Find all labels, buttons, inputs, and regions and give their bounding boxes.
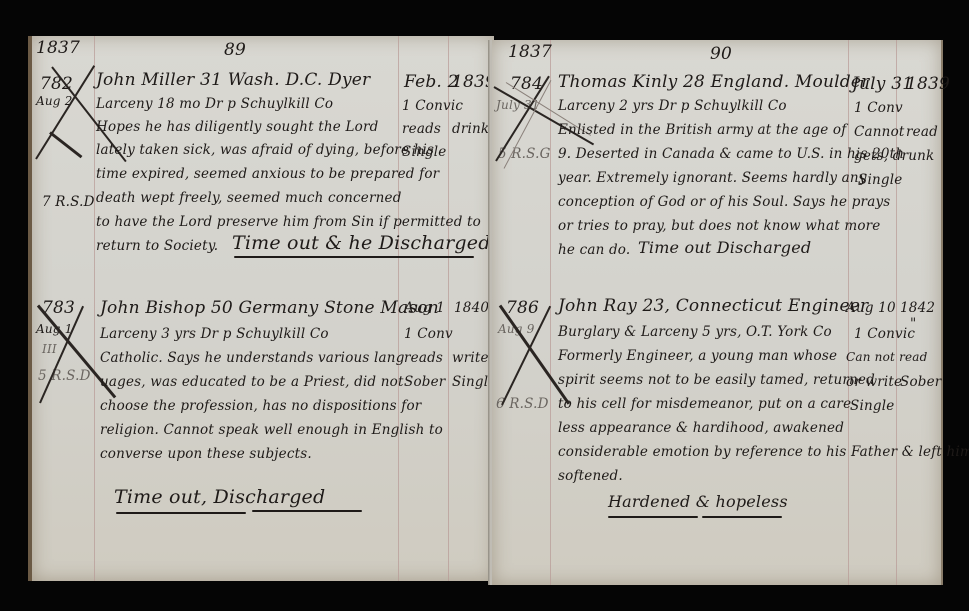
remark-line: or tries to pray, but does not know what… bbox=[558, 218, 881, 234]
remark-line: converse upon these subjects. bbox=[100, 446, 312, 462]
discharge-date: Aug 10 bbox=[846, 300, 896, 316]
crime-line: Larceny 3 yrs Dr p Schuylkill Co bbox=[100, 326, 329, 342]
margin-note: 7 R.S.D bbox=[42, 194, 95, 210]
page-year: 1837 bbox=[36, 38, 80, 58]
margin-note: 5 R.S.D bbox=[38, 368, 91, 384]
closing-note: Time out, Discharged bbox=[114, 486, 325, 508]
entry-number: 786 bbox=[506, 298, 539, 318]
underline bbox=[608, 516, 698, 518]
closing-note: Time out & he Discharged. bbox=[232, 232, 497, 254]
column-note: 1 Convic bbox=[854, 326, 915, 342]
underline bbox=[702, 516, 782, 518]
closing-note: Hardened & hopeless bbox=[608, 492, 788, 511]
column-note: Single bbox=[850, 398, 894, 414]
remark-line: 9. Deserted in Canada & came to U.S. in … bbox=[558, 146, 904, 162]
inmate-name-line: John Bishop 50 Germany Stone Mason bbox=[100, 298, 439, 318]
remark-line: conception of God or of his Soul. Says h… bbox=[558, 194, 890, 210]
ledger-left-page: 1837 89 782 Aug 2 7 R.S.D John Miller 31… bbox=[28, 36, 494, 581]
remark-line: religion. Cannot speak well enough in En… bbox=[100, 422, 443, 438]
column-note: or write bbox=[846, 374, 902, 390]
remark-line: he can do. bbox=[558, 242, 630, 258]
remark-line: to have the Lord preserve him from Sin i… bbox=[96, 214, 481, 230]
column-note: reads bbox=[404, 350, 443, 366]
column-note: Single bbox=[858, 172, 902, 188]
margin-note: 5 R.S.G bbox=[498, 146, 551, 162]
column-note: Single bbox=[402, 144, 446, 160]
remark-line: choose the profession, has no dispositio… bbox=[100, 398, 421, 414]
column-note: 1 Convic bbox=[402, 98, 463, 114]
remark-line: time expired, seemed anxious to be prepa… bbox=[96, 166, 439, 182]
column-note: Can not read bbox=[846, 350, 928, 364]
remark-line: lately taken sick, was afraid of dying, … bbox=[96, 142, 434, 158]
discharge-year: 1840 bbox=[454, 300, 489, 316]
discharge-year: 1839 bbox=[906, 74, 950, 94]
column-note: gets, drunk bbox=[854, 148, 934, 164]
column-note: Sober bbox=[900, 374, 941, 390]
margin-mark: III bbox=[42, 342, 57, 356]
discharge-date: Feb. 2 bbox=[404, 72, 459, 92]
column-rule bbox=[448, 36, 449, 581]
remark-line: Formerly Engineer, a young man whose bbox=[558, 348, 837, 364]
remark-line: less appearance & hardihood, awakened bbox=[558, 420, 844, 436]
crime-line: Larceny 18 mo Dr p Schuylkill Co bbox=[96, 96, 333, 112]
remark-line: return to Society. bbox=[96, 238, 218, 254]
column-note: Cannot bbox=[854, 124, 905, 140]
column-note: Sober bbox=[404, 374, 445, 390]
column-note: reads bbox=[402, 121, 441, 137]
column-note: read bbox=[906, 124, 938, 140]
remark-line: spirit seems not to be easily tamed, ret… bbox=[558, 372, 875, 388]
entry-number: 782 bbox=[40, 74, 73, 94]
underline bbox=[116, 512, 246, 514]
page-number: 90 bbox=[710, 44, 732, 64]
remark-line: Hopes he has diligently sought the Lord bbox=[96, 119, 378, 135]
column-note: 1 Conv bbox=[404, 326, 453, 342]
remark-line: softened. bbox=[558, 468, 623, 484]
underline bbox=[234, 256, 474, 258]
discharge-year: 1842 bbox=[900, 300, 935, 316]
remark-line: considerable emotion by reference to his… bbox=[558, 444, 969, 460]
column-rule bbox=[896, 40, 897, 585]
crime-line: Larceny 2 yrs Dr p Schuylkill Co bbox=[558, 98, 787, 114]
margin-rule bbox=[550, 40, 551, 585]
remark-line: Enlisted in the British army at the age … bbox=[558, 122, 846, 138]
underline bbox=[252, 510, 362, 512]
margin-rule bbox=[94, 36, 95, 581]
crime-line: Burglary & Larceny 5 yrs, O.T. York Co bbox=[558, 324, 832, 340]
closing-note: Time out Discharged bbox=[638, 238, 811, 257]
discharge-date: Aug 1 bbox=[404, 300, 445, 316]
inmate-name-line: John Miller 31 Wash. D.C. Dyer bbox=[96, 70, 370, 90]
discharge-date: July 31 bbox=[852, 74, 913, 94]
remark-line: to his cell for misdemeanor, put on a ca… bbox=[558, 396, 851, 412]
inmate-name-line: Thomas Kinly 28 England. Moulder bbox=[558, 72, 869, 92]
cross-out-mark bbox=[49, 131, 82, 158]
page-year: 1837 bbox=[508, 42, 552, 62]
page-number: 89 bbox=[224, 40, 246, 60]
column-note: 1 Conv bbox=[854, 100, 903, 116]
remark-line: uages, was educated to be a Priest, did … bbox=[100, 374, 404, 390]
inmate-name-line: John Ray 23, Connecticut Engineer bbox=[558, 296, 868, 316]
remark-line: Catholic. Says he understands various la… bbox=[100, 350, 405, 366]
remark-line: death wept freely, seemed much concerned bbox=[96, 190, 402, 206]
remark-line: year. Extremely ignorant. Seems hardly a… bbox=[558, 170, 867, 186]
ledger-right-page: 1837 90 784 July 31 5 R.S.G Thomas Kinly… bbox=[492, 40, 943, 585]
